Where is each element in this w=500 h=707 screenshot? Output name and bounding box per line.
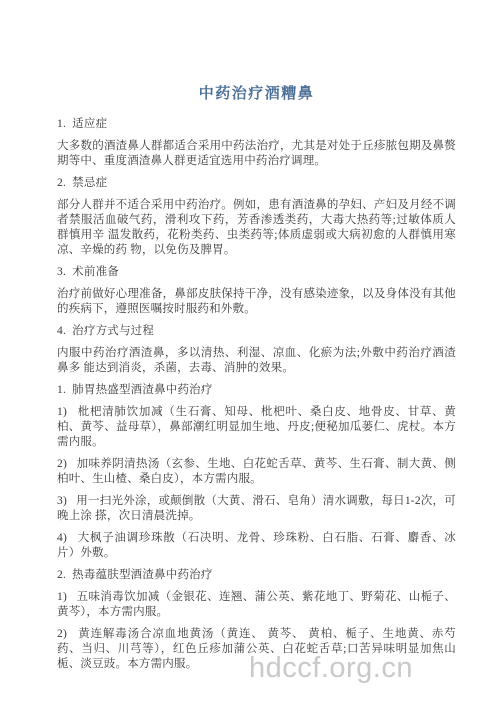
watermark: hdccf.org.cn xyxy=(249,650,413,686)
paragraph: 内服中药治疗酒渣鼻，多以清热、利湿、凉血、化瘀为法;外敷中药治疗酒渣鼻多 能达到… xyxy=(57,346,456,376)
section-heading: 3. 术前准备 xyxy=(57,265,456,280)
list-item: 2) 加味养阴清热汤（玄参、生地、白花蛇舌草、黄芩、生石膏、制大黄、侧柏叶、生山… xyxy=(57,457,456,487)
section-heading: 1. 肺胃热盛型酒渣鼻中药治疗 xyxy=(57,383,456,398)
list-item: 3) 用一扫光外涂，或颠倒散（大黄、滑石、皂角）清水调敷，每日1-2次，可晚上涂… xyxy=(57,494,456,524)
section-heading: 2. 热毒蕴肤型酒渣鼻中药治疗 xyxy=(57,568,456,583)
section-heading: 1. 适应症 xyxy=(57,117,456,132)
doc-title: 中药治疗酒糟鼻 xyxy=(57,83,456,105)
list-item: 1) 五味消毒饮加减（金银花、连翘、蒲公英、紫花地丁、野菊花、山栀子、黄芩），本… xyxy=(57,590,456,620)
paragraph: 大多数的酒渣鼻人群都适合采用中药法治疗，尤其是对处于丘疹脓包期及鼻赘期等中、重度… xyxy=(57,139,456,169)
document-page: 中药治疗酒糟鼻 1. 适应症 大多数的酒渣鼻人群都适合采用中药法治疗，尤其是对处… xyxy=(0,0,500,707)
paragraph: 部分人群并不适合采用中药治疗。例如，患有酒渣鼻的孕妇、产妇及月经不调者禁服活血破… xyxy=(57,198,456,258)
list-item: 4) 大枫子油调珍珠散（石决明、龙骨、珍珠粉、白石脂、石膏、麝香、冰片）外敷。 xyxy=(57,531,456,561)
section-heading: 2. 禁忌症 xyxy=(57,176,456,191)
list-item: 1) 枇杷清肺饮加减（生石膏、知母、枇杷叶、桑白皮、地骨皮、甘草、黄柏、黄芩、益… xyxy=(57,405,456,450)
section-heading: 4. 治疗方式与过程 xyxy=(57,324,456,339)
paragraph: 治疗前做好心理准备，鼻部皮肤保持干净，没有感染迹象，以及身体没有其他的疾病下，遵… xyxy=(57,287,456,317)
document-body: 中药治疗酒糟鼻 1. 适应症 大多数的酒渣鼻人群都适合采用中药法治疗，尤其是对处… xyxy=(57,83,456,679)
